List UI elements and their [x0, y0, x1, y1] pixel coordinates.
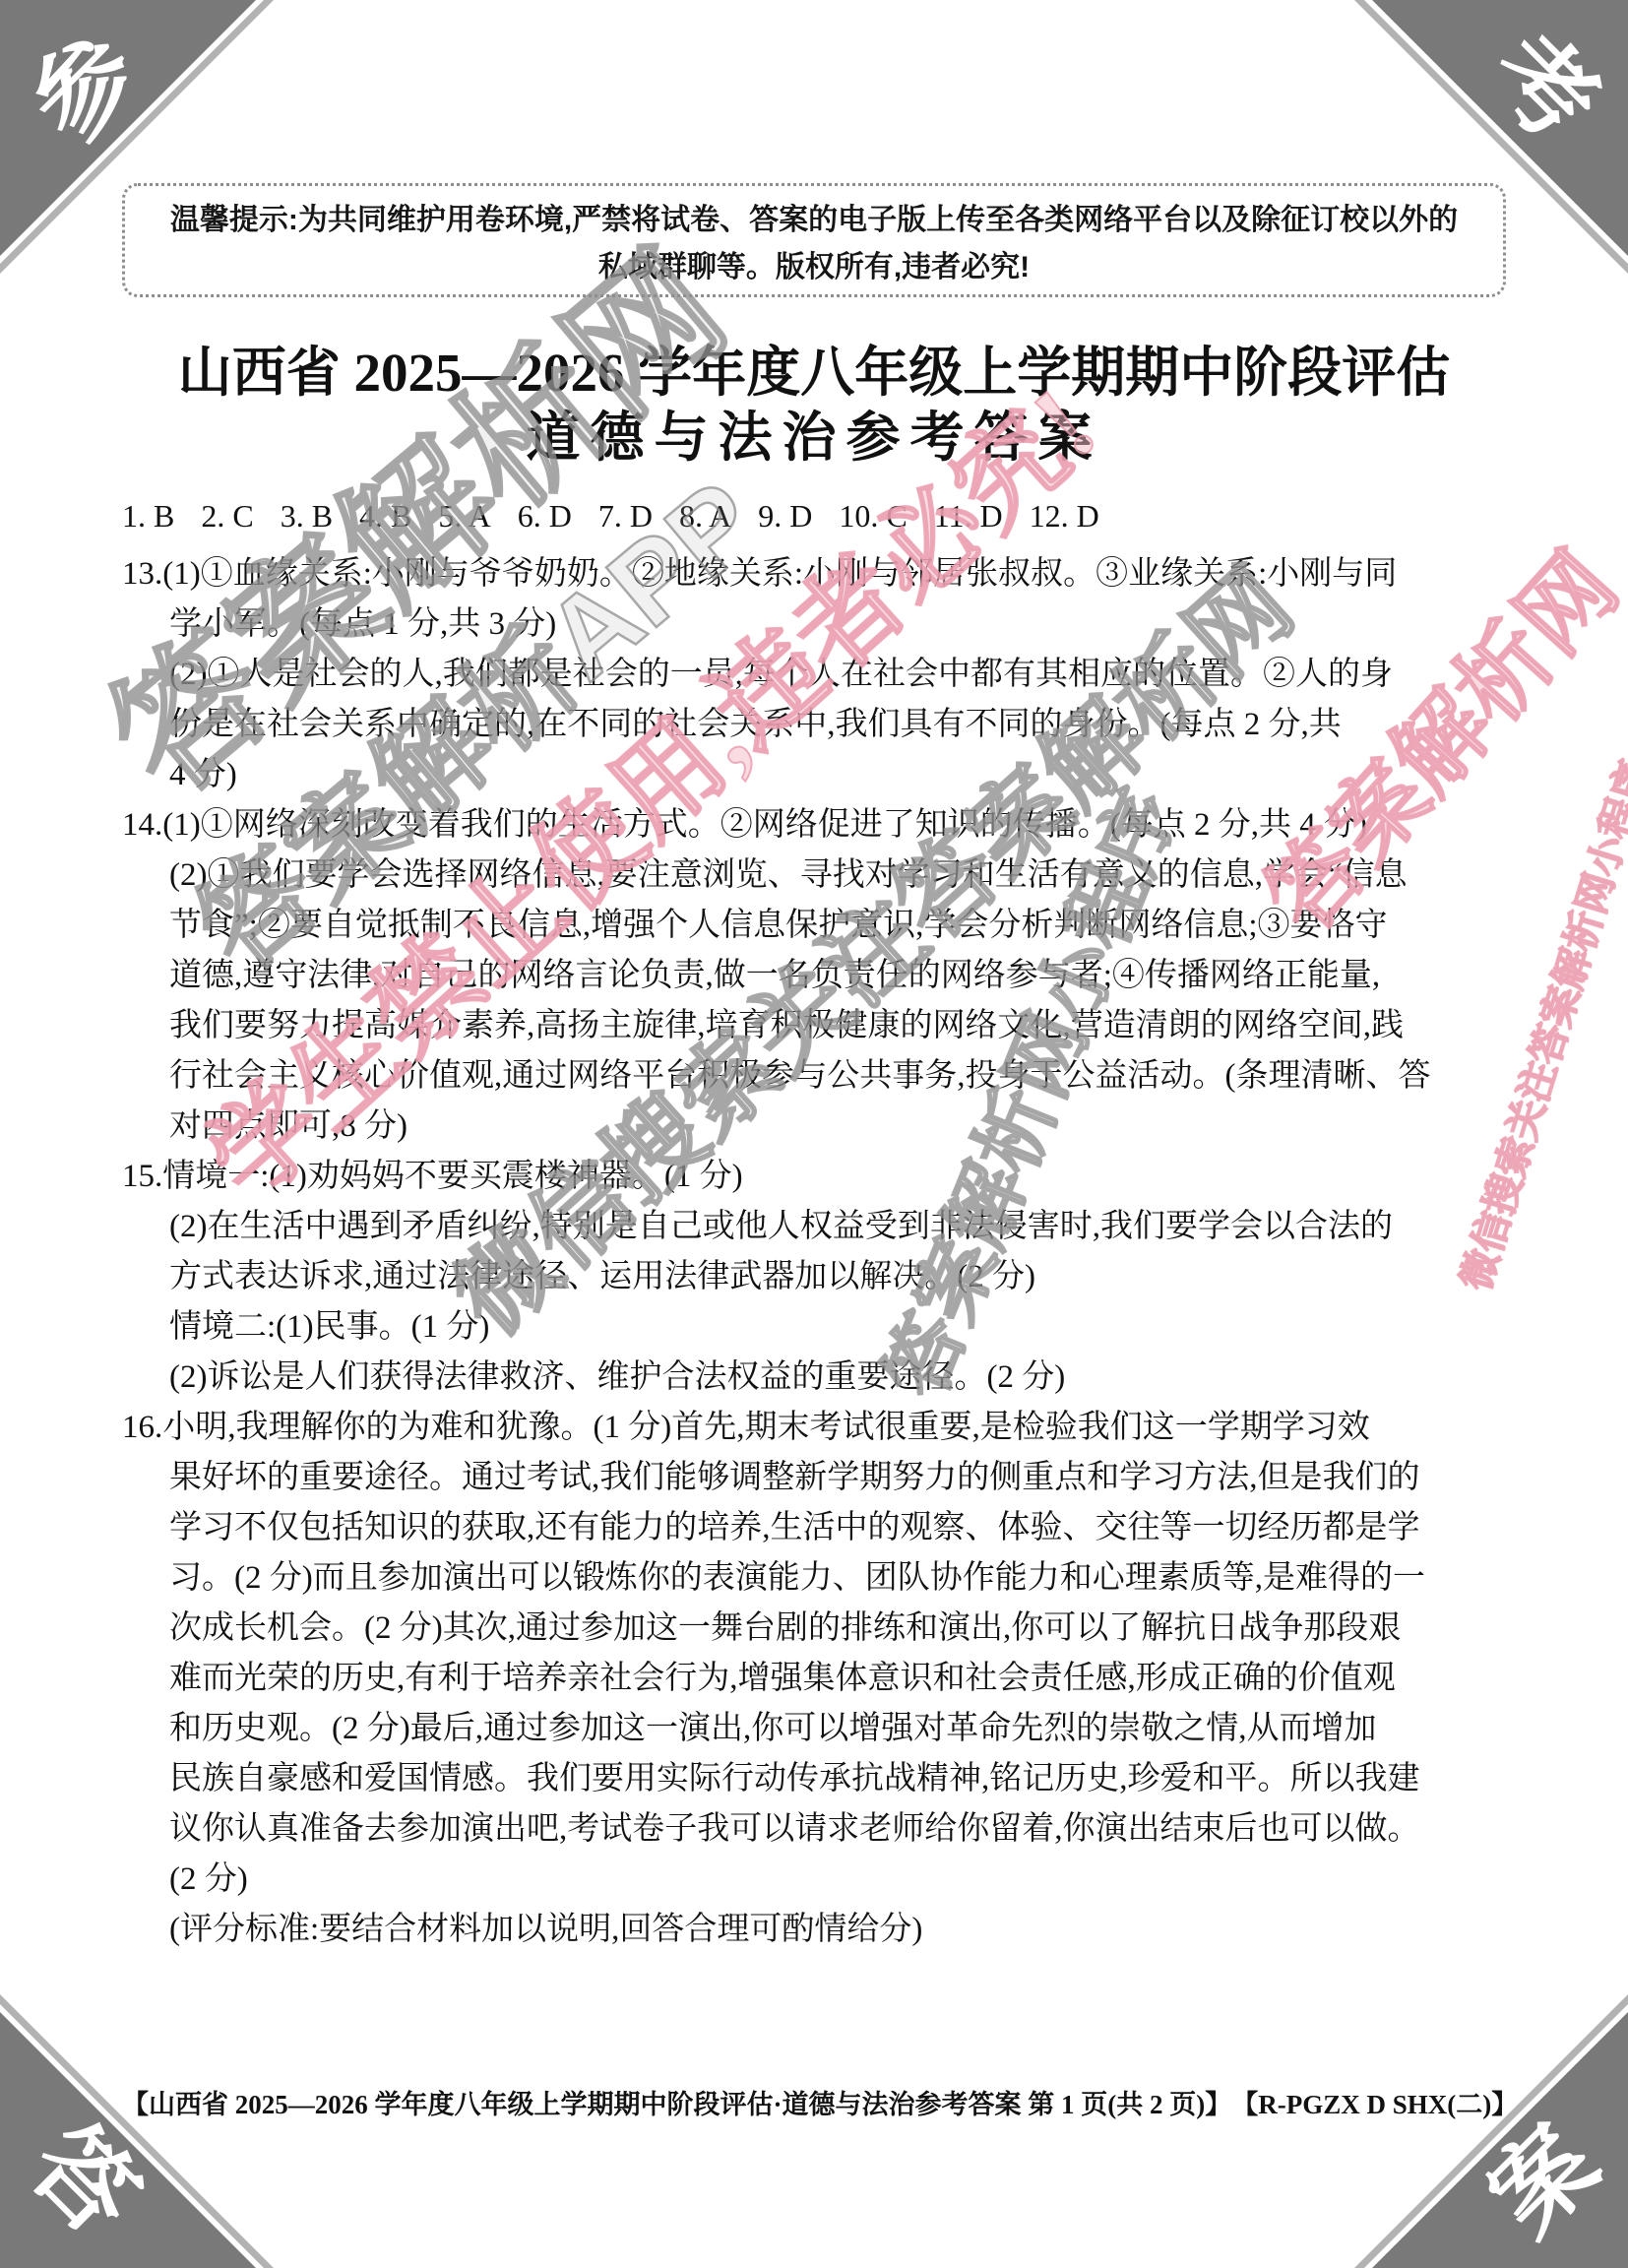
- answer-body: 13.(1)①血缘关系:小刚与爷爷奶奶。②地缘关系:小刚与邻居张叔叔。③业缘关系…: [122, 549, 1512, 1955]
- corner-character: 答: [5, 2101, 165, 2261]
- answer-line: (2)在生活中遇到矛盾纠纷,特别是自己或他人权益受到非法侵害时,我们要学会以合法…: [169, 1202, 1512, 1252]
- exam-title: 山西省 2025—2026 学年度八年级上学期期中阶段评估: [0, 343, 1628, 404]
- title-block: 山西省 2025—2026 学年度八年级上学期期中阶段评估 道德与法治参考答案: [0, 343, 1628, 469]
- mc-answer: 8. A: [679, 498, 731, 535]
- page-footer: 【山西省 2025—2026 学年度八年级上学期期中阶段评估·道德与法治参考答案…: [122, 2083, 1506, 2121]
- corner-mark-bottom-right: 案: [1354, 1994, 1628, 2268]
- answer-line: 对四点即可,8 分): [169, 1102, 1512, 1152]
- answer-line: 难而光荣的历史,有利于培养亲社会行为,增强集体意识和社会责任感,形成正确的价值观: [169, 1654, 1512, 1704]
- answer-line: 习。(2 分)而且参加演出可以锻炼你的表演能力、团队协作能力和心理素质等,是难得…: [169, 1553, 1512, 1604]
- answer-line: 份是在社会关系中确定的,在不同的社会关系中,我们具有不同的身份。(每点 2 分,…: [169, 700, 1512, 750]
- mc-answer: 7. D: [598, 498, 653, 535]
- answer-line: (2)①我们要学会选择网络信息,要注意浏览、寻找对学习和生活有意义的信息,学会“…: [169, 850, 1512, 901]
- answer-line: 学小军。(每点 1 分,共 3 分): [169, 599, 1512, 650]
- mc-answer: 2. C: [201, 498, 253, 535]
- answer-line: 情境二:(1)民事。(1 分): [169, 1302, 1512, 1353]
- mc-answer: 1. B: [122, 498, 174, 535]
- footer-exam-info: 【山西省 2025—2026 学年度八年级上学期期中阶段评估·道德与法治参考答案…: [122, 2083, 1231, 2121]
- triangle-edge: [1354, 1994, 1628, 2268]
- answer-key-page: 参 考 答 案 温馨提示:为共同维护用卷环境,严禁将试卷、答案的电子版上传至各类…: [0, 0, 1628, 2268]
- mc-answer: 12. D: [1030, 498, 1099, 535]
- corner-character: 考: [1464, 8, 1624, 168]
- answer-line: 议你认真准备去参加演出吧,考试卷子我可以请求老师给你留着,你演出结束后也可以做。: [169, 1804, 1512, 1855]
- answer-line: (2 分): [169, 1855, 1512, 1905]
- answer-line: 14.(1)①网络深刻改变着我们的生活方式。②网络促进了知识的传播。(每点 2 …: [122, 800, 1512, 850]
- corner-character: 参: [5, 8, 165, 168]
- mc-answer: 6. D: [518, 498, 572, 535]
- corner-mark-bottom-left: 答: [0, 1994, 274, 2268]
- mc-answer: 4. B: [359, 498, 411, 535]
- triangle-edge: [0, 1994, 274, 2268]
- answer-line: 学习不仅包括知识的获取,还有能力的培养,生活中的观察、体验、交往等一切经历都是学: [169, 1503, 1512, 1553]
- answer-line: 道德,遵守法律,对自己的网络言论负责,做一名负责任的网络参与者;④传播网络正能量…: [169, 951, 1512, 1001]
- answer-line: 次成长机会。(2 分)其次,通过参加这一舞台剧的排练和演出,你可以了解抗日战争那…: [169, 1604, 1512, 1654]
- triangle-fill: [1372, 2012, 1628, 2268]
- answer-line: 15.情境一:(1)劝妈妈不要买震楼神器。(1 分): [122, 1152, 1512, 1202]
- triangle-fill: [0, 2012, 256, 2268]
- corner-character: 案: [1464, 2101, 1624, 2261]
- mc-answer: 5. A: [438, 498, 490, 535]
- answer-line: 16.小明,我理解你的为难和犹豫。(1 分)首先,期末考试很重要,是检验我们这一…: [122, 1403, 1512, 1453]
- mc-answer: 9. D: [758, 498, 812, 535]
- answer-line: 行社会主义核心价值观,通过网络平台积极参与公共事务,投身于公益活动。(条理清晰、…: [169, 1051, 1512, 1102]
- answer-line: 方式表达诉求,通过法律途径、运用法律武器加以解决。(2 分): [169, 1252, 1512, 1302]
- subject-title: 道德与法治参考答案: [0, 408, 1628, 469]
- footer-paper-code: 【R-PGZX D SHX(二)】: [1231, 2083, 1518, 2121]
- answer-line: 果好坏的重要途径。通过考试,我们能够调整新学期努力的侧重点和学习方法,但是我们的: [169, 1453, 1512, 1503]
- answer-line: (评分标准:要结合材料加以说明,回答合理可酌情给分): [169, 1905, 1512, 1955]
- triangle-gap: [0, 2004, 264, 2268]
- copyright-notice-box: 温馨提示:为共同维护用卷环境,严禁将试卷、答案的电子版上传至各类网络平台以及除征…: [122, 183, 1506, 297]
- answer-line: 4 分): [169, 750, 1512, 800]
- answer-line: 民族自豪感和爱国情感。我们要用实际行动传承抗战精神,铭记历史,珍爱和平。所以我建: [169, 1754, 1512, 1804]
- answer-line: (2)诉讼是人们获得法律救济、维护合法权益的重要途径。(2 分): [169, 1353, 1512, 1403]
- answer-line: 节食”;②要自觉抵制不良信息,增强个人信息保护意识,学会分析判断网络信息;③要恪…: [169, 901, 1512, 951]
- mc-answer: 11. D: [934, 498, 1003, 535]
- answer-line: (2)①人是社会的人,我们都是社会的一员,每个人在社会中都有其相应的位置。②人的…: [169, 650, 1512, 700]
- mc-answer: 3. B: [281, 498, 333, 535]
- triangle-gap: [1364, 2004, 1628, 2268]
- notice-line: 温馨提示:为共同维护用卷环境,严禁将试卷、答案的电子版上传至各类网络平台以及除征…: [170, 195, 1458, 238]
- mc-answer: 10. C: [839, 498, 907, 535]
- answer-line: 和历史观。(2 分)最后,通过参加这一演出,你可以增强对革命先烈的崇敬之情,从而…: [169, 1704, 1512, 1754]
- answer-line: 我们要努力提高媒介素养,高扬主旋律,培育积极健康的网络文化,营造清朗的网络空间,…: [169, 1001, 1512, 1051]
- answer-line: 13.(1)①血缘关系:小刚与爷爷奶奶。②地缘关系:小刚与邻居张叔叔。③业缘关系…: [122, 549, 1512, 599]
- notice-line: 私域群聊等。版权所有,违者必究!: [598, 242, 1030, 285]
- multiple-choice-answers: 1. B 2. C 3. B 4. B 5. A 6. D 7. D 8. A …: [122, 498, 1099, 535]
